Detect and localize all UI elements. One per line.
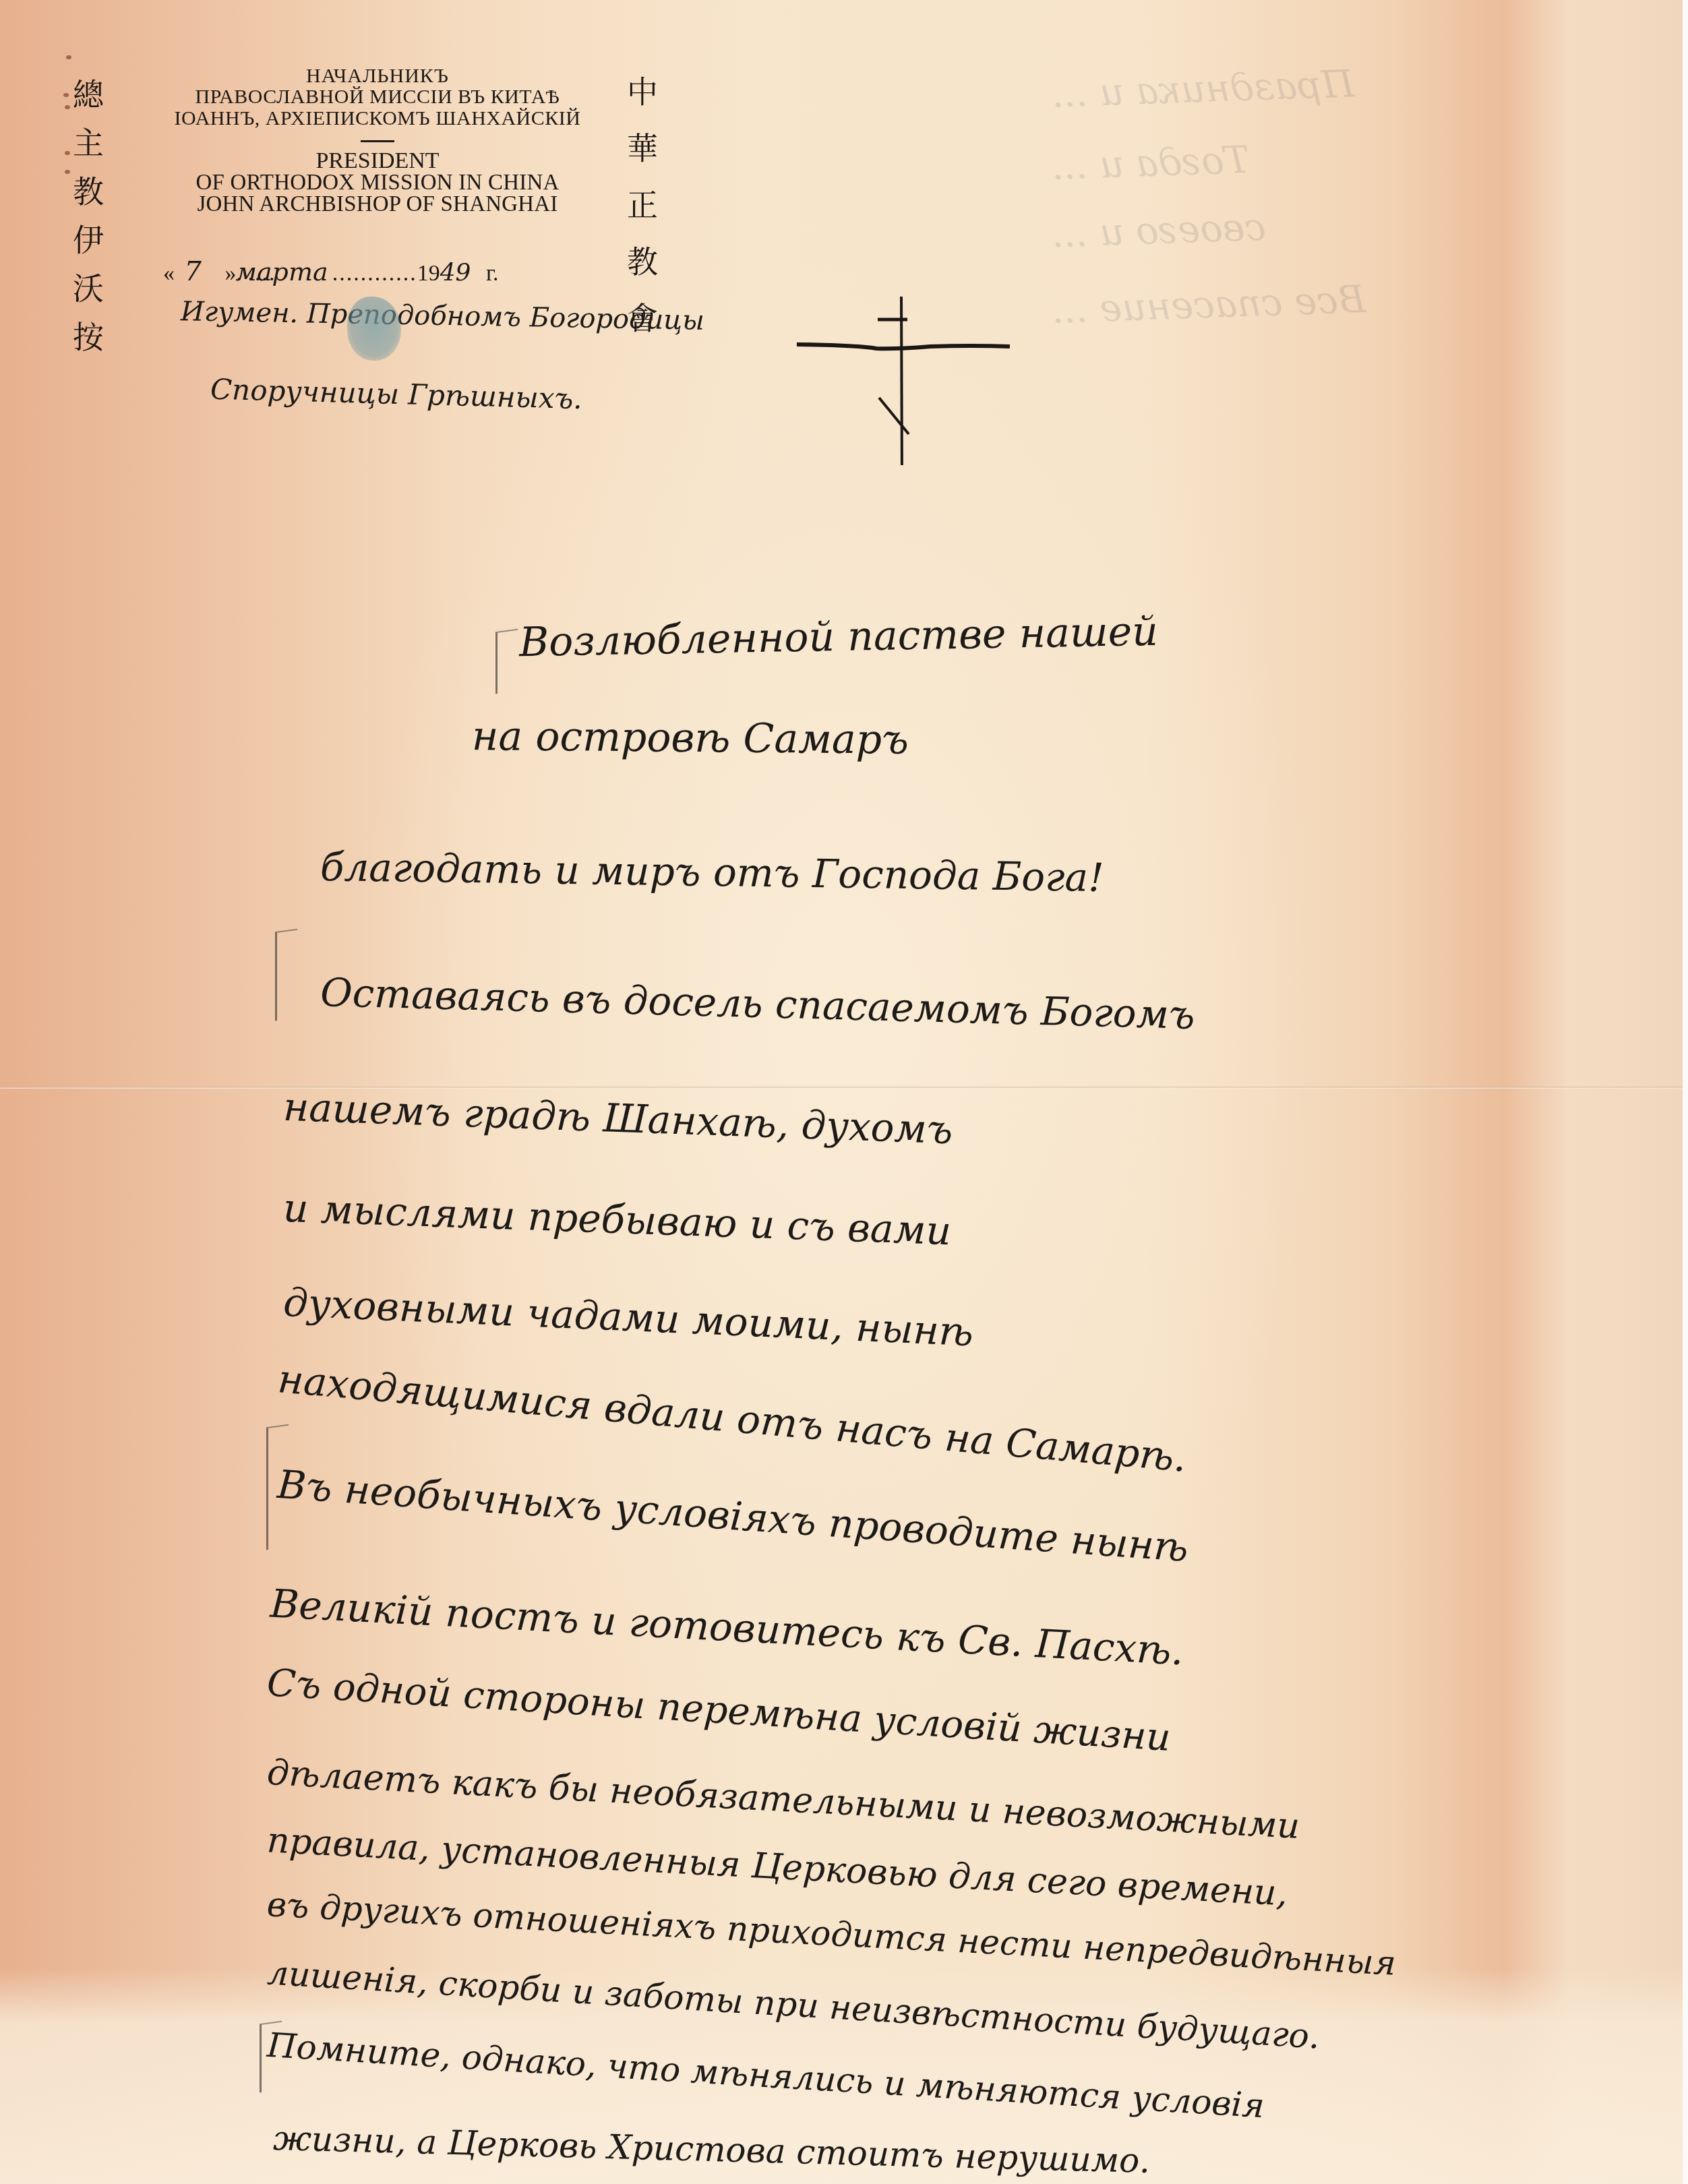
- pin-hole: [65, 151, 70, 155]
- letterhead-cjk-left: 總 主 教 伊 沃 按: [73, 70, 104, 361]
- margin-bracket: [495, 629, 518, 694]
- letterhead-mission-ru: ПРАВОСЛАВНОЙ МИССІИ ВЪ КИТАѢ: [135, 86, 620, 108]
- date-open-quote: «: [163, 261, 175, 286]
- orthodox-cross-icon: [795, 283, 1018, 465]
- pin-hole: [63, 93, 69, 97]
- cjk-char: 正: [627, 177, 658, 233]
- cjk-char: 伊: [73, 216, 104, 264]
- pin-hole: [65, 170, 70, 174]
- date-day: 7: [185, 256, 202, 287]
- show-through-text: своего и ...: [1051, 205, 1267, 256]
- page-edge: [1683, 0, 1688, 2184]
- letterhead-mission-en: OF ORTHODOX MISSION IN CHINA: [135, 172, 620, 193]
- cjk-char: 華: [627, 120, 658, 177]
- date-year-suffix: г.: [486, 261, 499, 286]
- show-through-text: Тогда и ...: [1051, 138, 1250, 189]
- cjk-char: 總: [73, 70, 104, 119]
- margin-bracket: [275, 929, 297, 1021]
- date-month: марта: [235, 257, 328, 286]
- salutation-line-2: на островѣ Самаръ: [472, 712, 909, 764]
- letterhead: НАЧАЛЬНИКЪ ПРАВОСЛАВНОЙ МИССІИ ВЪ КИТАѢ …: [135, 66, 620, 215]
- paper-fold-line: [0, 1087, 1683, 1089]
- letterhead-name-ru: ІОАННЪ, АРХІЕПИСКОМЪ ШАНХАЙСКІЙ: [135, 108, 620, 129]
- ink-blot: [347, 297, 401, 361]
- pin-hole: [65, 105, 70, 109]
- date-dots: ............: [332, 261, 417, 286]
- cjk-char: 中: [627, 63, 658, 120]
- cjk-char: 主: [73, 119, 104, 167]
- letterhead-divider: [361, 140, 394, 142]
- cjk-char: 沃: [73, 264, 104, 313]
- cjk-char: 按: [73, 313, 104, 361]
- cjk-char: 教: [73, 167, 104, 216]
- date-year-handwritten: 49: [440, 259, 471, 286]
- letterhead-title-en: PRESIDENT: [135, 150, 620, 172]
- letterhead-title-ru: НАЧАЛЬНИКЪ: [135, 66, 620, 86]
- date-year-prefix: 19: [417, 261, 440, 286]
- date-line: « 7 ». ....марта............1949 г.: [163, 256, 499, 287]
- pin-hole: [66, 55, 71, 59]
- letterhead-name-en: JOHN ARCHBISHOP OF SHANGHAI: [135, 193, 620, 215]
- cjk-char: 教: [627, 233, 658, 290]
